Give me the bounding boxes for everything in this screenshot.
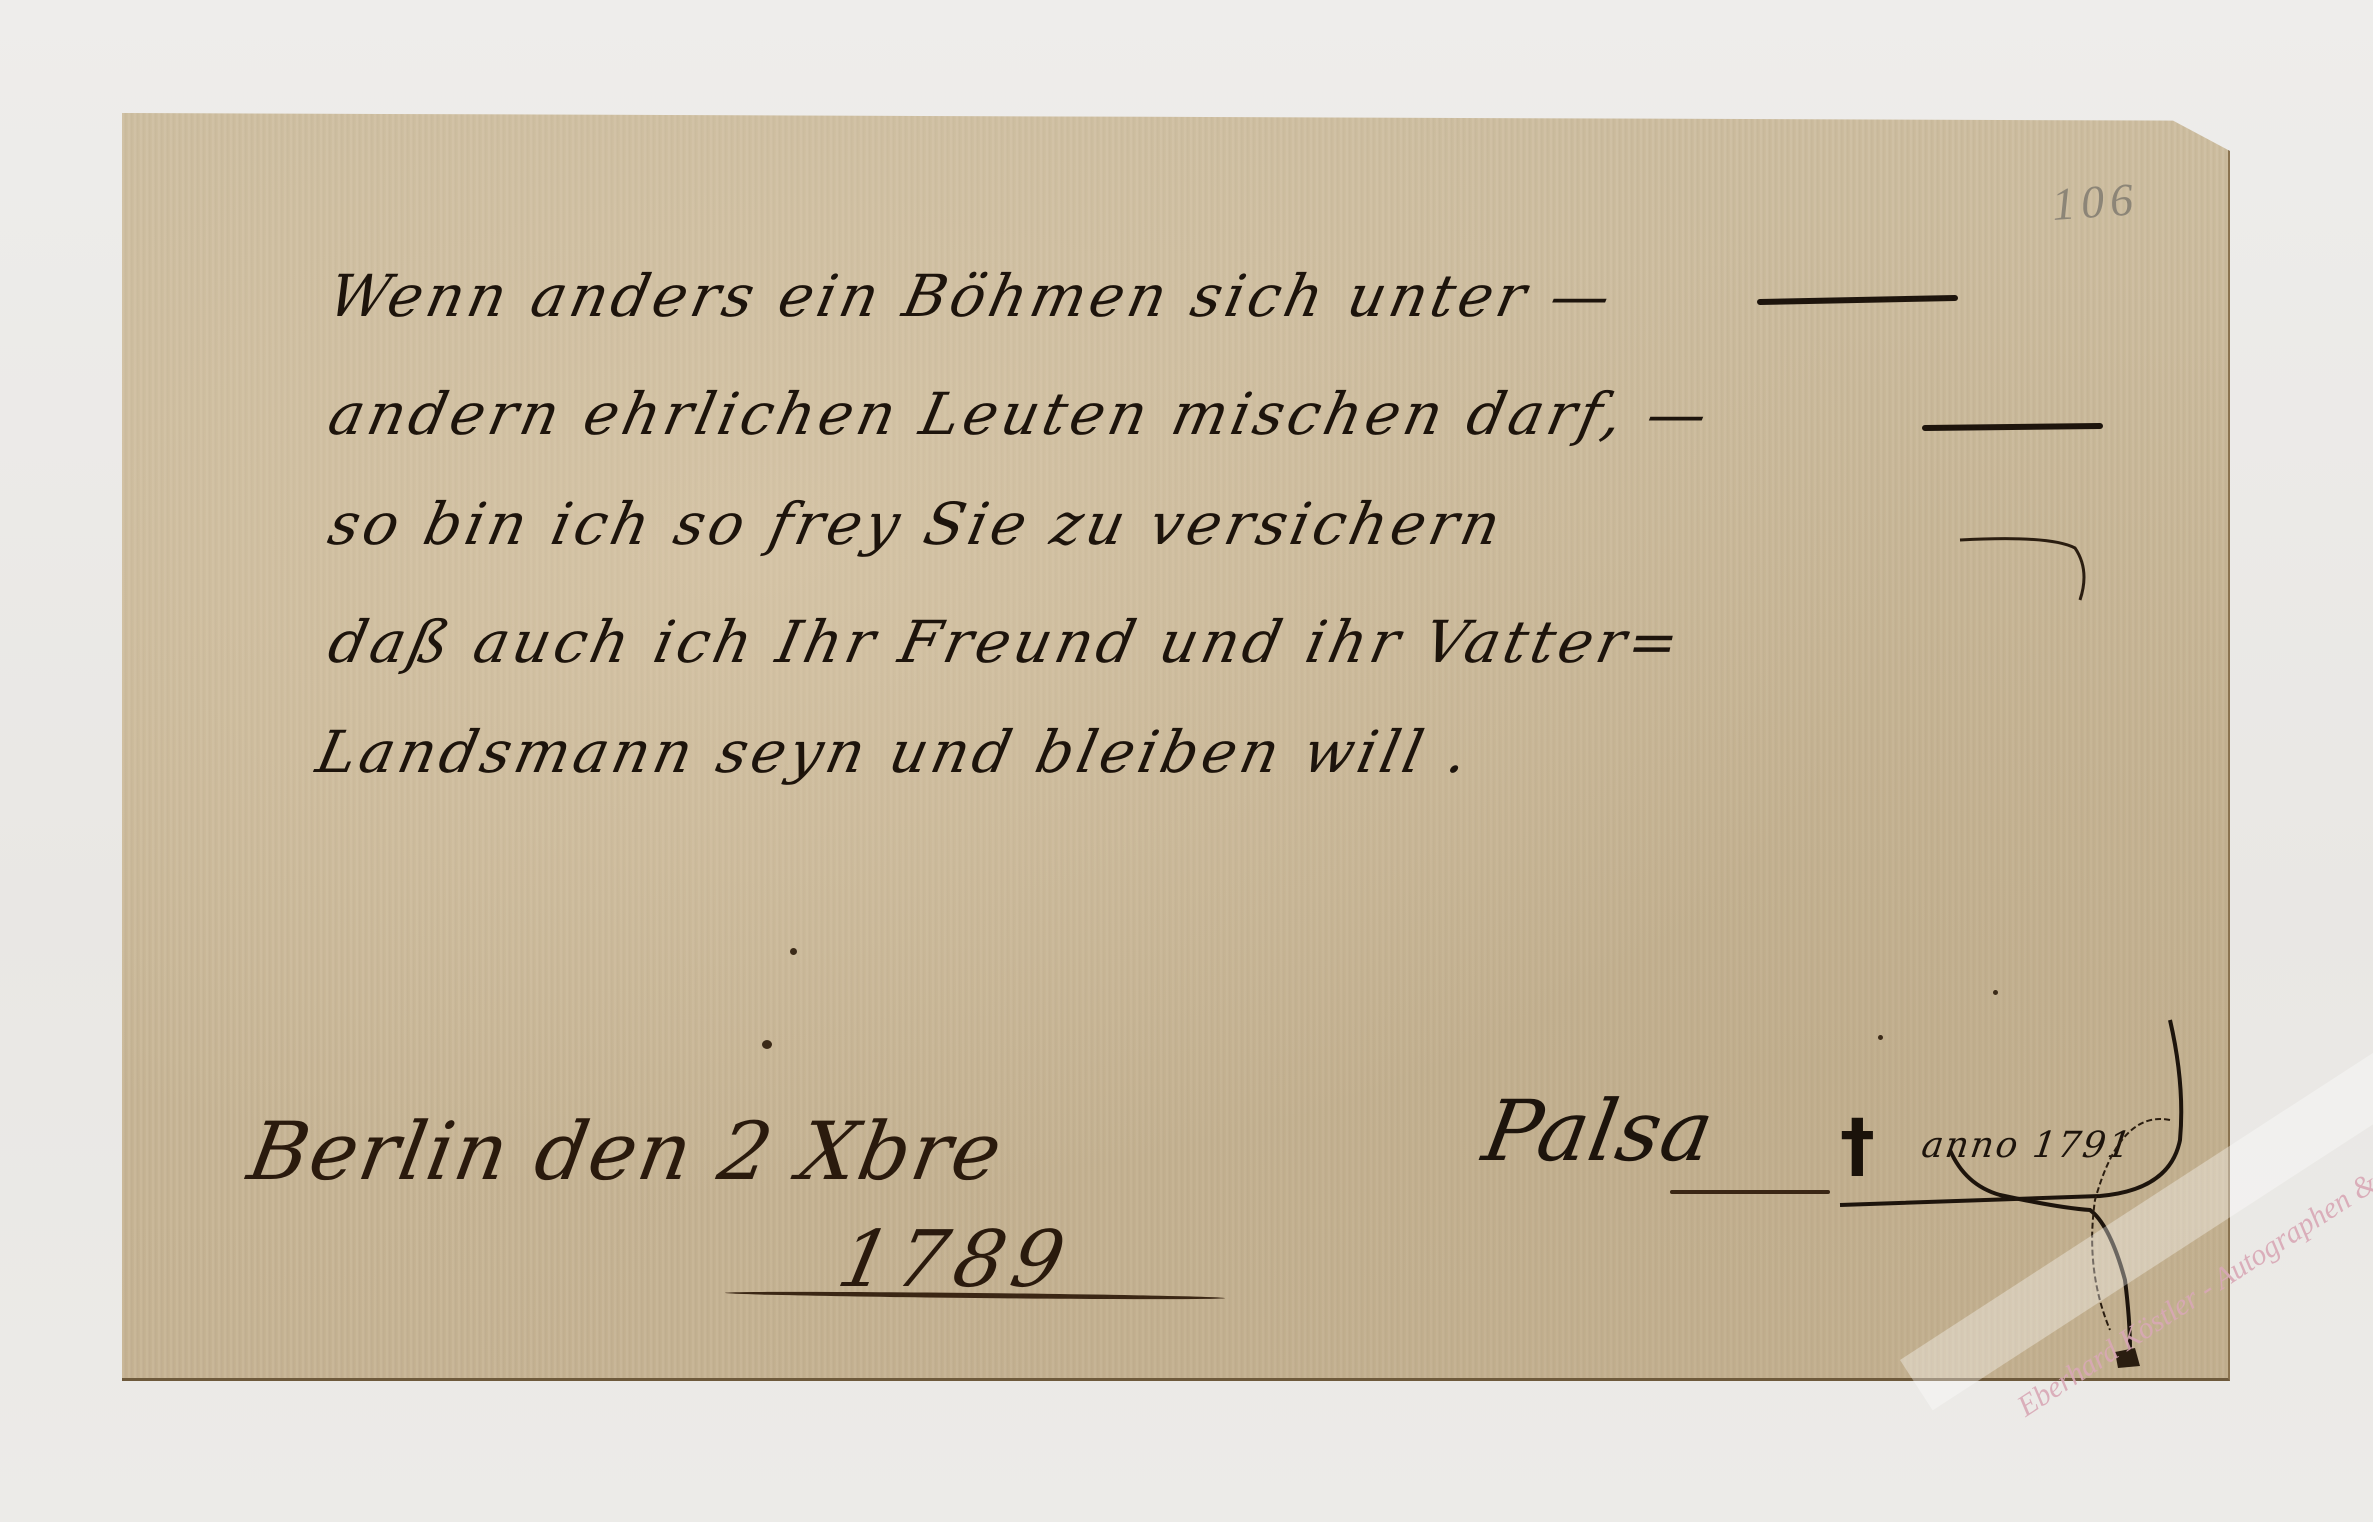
signature-underline: [1670, 1190, 1830, 1194]
ink-dot: [1878, 1035, 1883, 1040]
body-line-2: andern ehrlichen Leuten mischen darf, —: [323, 380, 1717, 448]
body-line-5: Landsmann seyn und bleiben will .: [311, 718, 1478, 786]
dateline-place-date: Berlin den 2 Xbre: [242, 1105, 1010, 1198]
body-line-1: Wenn anders ein Böhmen sich unter —: [323, 262, 1621, 330]
ink-dot: [790, 948, 797, 955]
body-line-3: so bin ich so frey Sie zu versichern: [323, 490, 1510, 558]
death-cross-icon: †: [1840, 1110, 1875, 1180]
ink-dot: [762, 1040, 772, 1049]
ink-dot: [1993, 990, 1998, 995]
death-note: anno 1791: [1919, 1125, 2135, 1166]
signature: Palsa: [1476, 1082, 1721, 1180]
archive-number: 106: [2050, 172, 2140, 231]
body-line-4: daß auch ich Ihr Freund und ihr Vatter=: [323, 608, 1689, 676]
